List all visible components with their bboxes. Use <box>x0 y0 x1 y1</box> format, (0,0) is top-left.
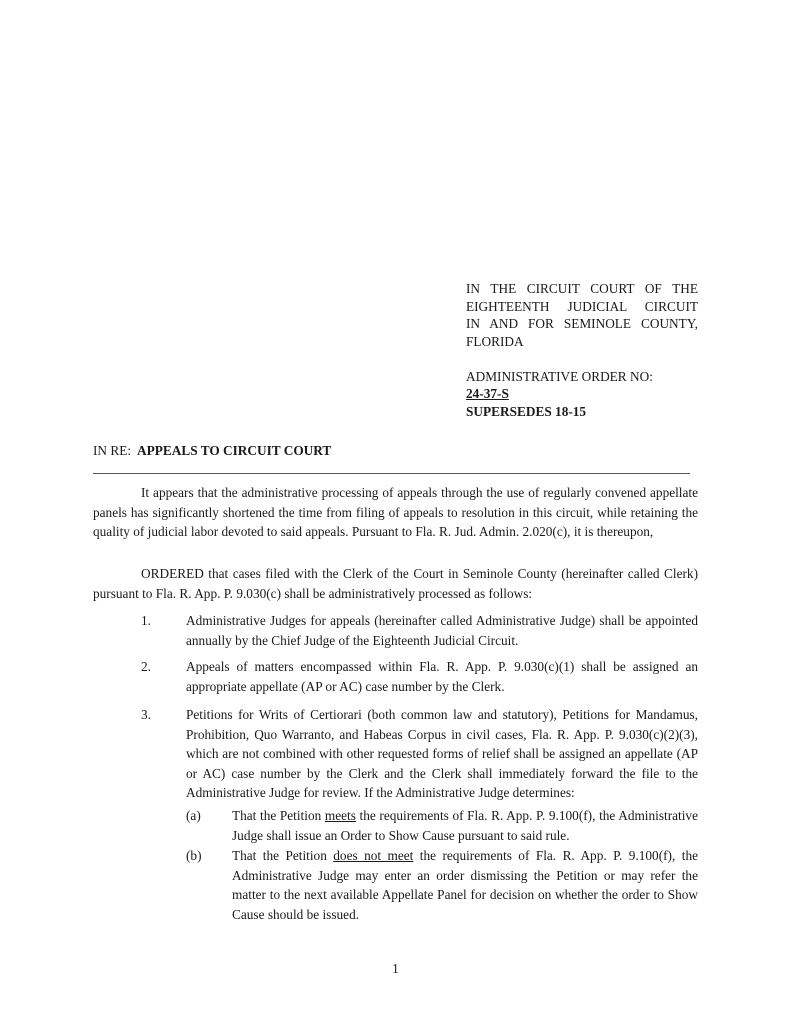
list-item-text: Petitions for Writs of Certiorari (both … <box>186 705 698 803</box>
sub-list-item-letter: (b) <box>186 846 202 866</box>
ordered-paragraph: ORDERED that cases filed with the Clerk … <box>93 564 698 603</box>
order-number: 24-37-S <box>466 385 698 403</box>
in-re-heading: IN RE:APPEALS TO CIRCUIT COURT <box>93 443 331 459</box>
in-re-subject: APPEALS TO CIRCUIT COURT <box>137 443 331 458</box>
list-item-number: 3. <box>141 705 151 725</box>
list-item-number: 1. <box>141 611 151 631</box>
court-name-line: EIGHTEENTH JUDICIAL CIRCUIT <box>466 298 698 316</box>
list-item-text: Appeals of matters encompassed within Fl… <box>186 657 698 696</box>
emphasis-text: does not meet <box>333 848 413 863</box>
list-item: 2. Appeals of matters encompassed within… <box>93 657 698 696</box>
sub-list-item-text: That the Petition meets the requirements… <box>232 806 698 845</box>
court-name-line: IN AND FOR SEMINOLE COUNTY, <box>466 315 698 333</box>
in-re-label: IN RE: <box>93 443 131 458</box>
emphasis-text: meets <box>325 808 356 823</box>
page-number: 1 <box>0 961 791 977</box>
case-caption: IN THE CIRCUIT COURT OF THE EIGHTEENTH J… <box>466 280 698 420</box>
sub-list-item: (b) That the Petition does not meet the … <box>186 846 698 924</box>
list-item-number: 2. <box>141 657 151 677</box>
document-page: IN THE CIRCUIT COURT OF THE EIGHTEENTH J… <box>0 0 791 1024</box>
preamble-paragraph: It appears that the administrative proce… <box>93 483 698 542</box>
order-label: ADMINISTRATIVE ORDER NO: <box>466 368 698 386</box>
sub-list-item-letter: (a) <box>186 806 201 826</box>
court-name-line: FLORIDA <box>466 333 698 351</box>
list-item: 3. Petitions for Writs of Certiorari (bo… <box>93 705 698 803</box>
supersedes-line: SUPERSEDES 18-15 <box>466 403 698 421</box>
sub-list-item: (a) That the Petition meets the requirem… <box>186 806 698 845</box>
separator-line <box>93 473 690 474</box>
court-name-line: IN THE CIRCUIT COURT OF THE <box>466 280 698 298</box>
list-item-text: Administrative Judges for appeals (herei… <box>186 611 698 650</box>
sub-list-item-text: That the Petition does not meet the requ… <box>232 846 698 924</box>
list-item: 1. Administrative Judges for appeals (he… <box>93 611 698 650</box>
